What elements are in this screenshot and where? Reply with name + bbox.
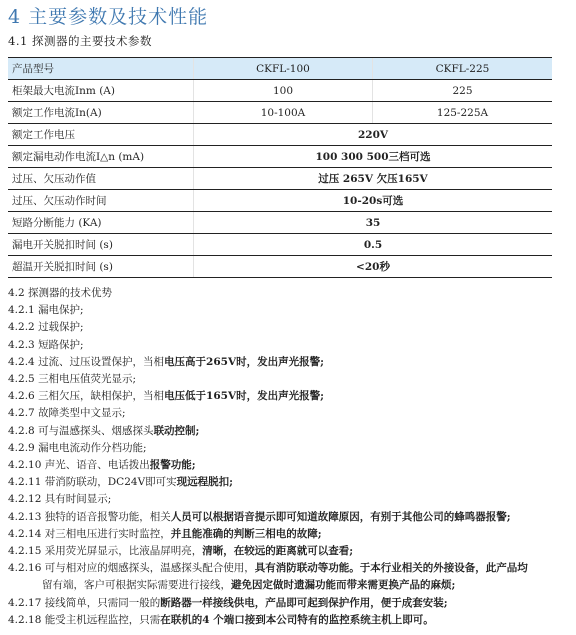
table-row: 过压、欠压动作值 过压 265V 欠压165V (8, 168, 552, 190)
item-number: 4.2.11 (8, 476, 45, 488)
item-number: 4.2.1 (8, 304, 38, 316)
list-item: 4.2.5 三相电压值荧光显示; (8, 371, 568, 388)
table-header-row: 产品型号 CKFL-100 CKFL-225 (8, 58, 552, 80)
item-number: 4.2.2 (8, 321, 38, 333)
item-text-emphasis: 人员可以根据语音提示即可知道故障原因，有别于其他公司的蜂鸣器报警; (171, 511, 511, 523)
item-number: 4.2.6 (8, 390, 38, 402)
row-value: 0.5 (194, 234, 553, 256)
table-row: 额定工作电流In(A) 10-100A 125-225A (8, 102, 552, 124)
item-number: 4.2.18 (8, 614, 45, 626)
list-item: 4.2.13 独特的语音报警功能，相关人员可以根据语音提示即可知道故障原因，有别… (8, 509, 568, 526)
list-item: 4.2.14 对三相电压进行实时监控，并且能准确的判断三相电的故障; (8, 526, 568, 543)
table-row: 漏电开关脱扣时间 (s) 0.5 (8, 234, 552, 256)
item-text: 独特的语音报警功能，相关 (45, 511, 171, 523)
list-item: 4.2.6 三相欠压，缺相保护，当相电压低于165V时，发出声光报警; (8, 388, 568, 405)
row-value-225: 125-225A (373, 102, 553, 124)
item-text: 过载保护; (38, 321, 84, 333)
section-title: 4 主要参数及技术性能 (8, 2, 208, 29)
item-text: 三相电压值荧光显示; (38, 373, 136, 385)
item-text-emphasis: 具有消防联动等功能。于本行业相关的外接设备，此产品均 (255, 562, 528, 574)
table-row: 过压、欠压动作时间 10-20s可选 (8, 190, 552, 212)
item-number: 4.2.4 (8, 356, 38, 368)
item-text-emphasis: 并且能准确的判断三相电的故障; (171, 528, 322, 540)
row-value: 35 (194, 212, 553, 234)
item-text-emphasis: 报警功能; (150, 459, 196, 471)
item-text: 留有端，客户可根据实际需要进行接线， (42, 579, 231, 591)
item-text: 对三相电压进行实时监控， (45, 528, 171, 540)
item-text: 可与相对应的烟感探头，温感探头配合使用， (45, 562, 255, 574)
row-label: 过压、欠压动作时间 (8, 190, 194, 212)
list-item: 4.2.15 采用荧光屏显示，比液晶屏明亮，清晰，在较远的距离就可以查看; (8, 543, 568, 560)
item-number: 4.2.10 (8, 459, 45, 471)
item-number: 4.2.7 (8, 407, 38, 419)
item-number: 4.2.13 (8, 511, 45, 523)
item-number: 4.2.3 (8, 339, 38, 351)
row-value: 10-20s可选 (194, 190, 553, 212)
row-value-100: 10-100A (194, 102, 373, 124)
list-item: 4.2.2 过载保护; (8, 319, 568, 336)
item-text-emphasis: 清晰，在较远的距离就可以查看; (202, 545, 353, 557)
row-label: 额定工作电压 (8, 124, 194, 146)
row-label: 过压、欠压动作值 (8, 168, 194, 190)
list-item: 留有端，客户可根据实际需要进行接线，避免因定做时遗漏功能而带来需更换产品的麻烦; (8, 577, 568, 594)
subsection-title-parameters: 4.1 探测器的主要技术参数 (8, 33, 152, 49)
item-text-emphasis: 联动控制; (154, 425, 200, 437)
spec-table: 产品型号 CKFL-100 CKFL-225 柜架最大电流Inm (A) 100… (8, 57, 552, 278)
row-value: 100 300 500三档可选 (194, 146, 553, 168)
list-item: 4.2.9 漏电电流动作分档功能; (8, 440, 568, 457)
advantages-list: 4.2.1 漏电保护;4.2.2 过载保护;4.2.3 短路保护;4.2.4 过… (8, 302, 568, 629)
list-item: 4.2.12 具有时间显示; (8, 491, 568, 508)
list-item: 4.2.3 短路保护; (8, 337, 568, 354)
item-text: 具有时间显示; (45, 493, 112, 505)
list-item: 4.2.16 可与相对应的烟感探头，温感探头配合使用，具有消防联动等功能。于本行… (8, 560, 568, 577)
item-text: 带消防联动，DC24V即可实 (45, 476, 177, 488)
list-item: 4.2.1 漏电保护; (8, 302, 568, 319)
item-text: 漏电保护; (38, 304, 84, 316)
header-cell-model: 产品型号 (8, 58, 194, 80)
table-row: 额定漏电动作电流I△n (mA) 100 300 500三档可选 (8, 146, 552, 168)
item-number: 4.2.16 (8, 562, 45, 574)
row-value: <20秒 (194, 256, 553, 278)
item-text-emphasis: 避免因定做时遗漏功能而带来需更换产品的麻烦; (231, 579, 455, 591)
row-label: 额定工作电流In(A) (8, 102, 194, 124)
item-text-emphasis: 现远程脱扣; (177, 476, 233, 488)
item-text: 过流、过压设置保护，当相 (38, 356, 164, 368)
row-value: 过压 265V 欠压165V (194, 168, 553, 190)
item-text: 三相欠压，缺相保护，当相 (38, 390, 164, 402)
row-value-100: 100 (194, 80, 373, 102)
row-label: 短路分断能力 (KA) (8, 212, 194, 234)
row-label: 漏电开关脱扣时间 (s) (8, 234, 194, 256)
row-value: 220V (194, 124, 553, 146)
item-text: 故障类型中文显示; (38, 407, 126, 419)
list-item: 4.2.8 可与温感探头、烟感探头联动控制; (8, 423, 568, 440)
row-value-225: 225 (373, 80, 553, 102)
item-number: 4.2.8 (8, 425, 38, 437)
item-text-emphasis: 断路器一样接线供电，产品即可起到保护作用，便于成套安装; (160, 597, 447, 609)
row-label: 额定漏电动作电流I△n (mA) (8, 146, 194, 168)
row-label: 超温开关脱扣时间 (s) (8, 256, 194, 278)
item-text: 采用荧光屏显示，比液晶屏明亮， (45, 545, 203, 557)
list-item: 4.2.11 带消防联动，DC24V即可实现远程脱扣; (8, 474, 568, 491)
item-text: 短路保护; (38, 339, 84, 351)
item-text: 声光、语音、电话拨出 (45, 459, 150, 471)
item-text: 可与温感探头、烟感探头 (38, 425, 154, 437)
item-number: 4.2.9 (8, 442, 38, 454)
table-row: 超温开关脱扣时间 (s) <20秒 (8, 256, 552, 278)
item-text: 能受主机远程监控，只需 (45, 614, 161, 626)
table-row: 额定工作电压 220V (8, 124, 552, 146)
item-number: 4.2.12 (8, 493, 45, 505)
list-item: 4.2.10 声光、语音、电话拨出报警功能; (8, 457, 568, 474)
header-cell-ckfl-225: CKFL-225 (373, 58, 553, 80)
list-item: 4.2.18 能受主机远程监控，只需在联机的4 个端口接到本公司特有的监控系统主… (8, 612, 568, 629)
list-item: 4.2.7 故障类型中文显示; (8, 405, 568, 422)
item-text-emphasis: 电压高于265V时，发出声光报警; (164, 356, 324, 368)
advantages-section: 4.2 探测器的技术优势 4.2.1 漏电保护;4.2.2 过载保护;4.2.3… (8, 285, 568, 629)
header-cell-ckfl-100: CKFL-100 (194, 58, 373, 80)
table-row: 短路分断能力 (KA) 35 (8, 212, 552, 234)
item-text: 接线简单，只需同一般的 (45, 597, 161, 609)
item-number: 4.2.5 (8, 373, 38, 385)
table-row: 柜架最大电流Inm (A) 100 225 (8, 80, 552, 102)
row-label: 柜架最大电流Inm (A) (8, 80, 194, 102)
item-text-emphasis: 在联机的4 个端口接到本公司特有的监控系统主机上即可。 (160, 614, 433, 626)
list-item: 4.2.17 接线简单，只需同一般的断路器一样接线供电，产品即可起到保护作用，便… (8, 595, 568, 612)
item-number: 4.2.14 (8, 528, 45, 540)
item-text: 漏电电流动作分档功能; (38, 442, 147, 454)
list-item: 4.2.4 过流、过压设置保护，当相电压高于265V时，发出声光报警; (8, 354, 568, 371)
item-text-emphasis: 电压低于165V时，发出声光报警; (164, 390, 324, 402)
subsection-title-advantages: 4.2 探测器的技术优势 (8, 285, 568, 302)
item-number: 4.2.15 (8, 545, 45, 557)
item-number: 4.2.17 (8, 597, 45, 609)
